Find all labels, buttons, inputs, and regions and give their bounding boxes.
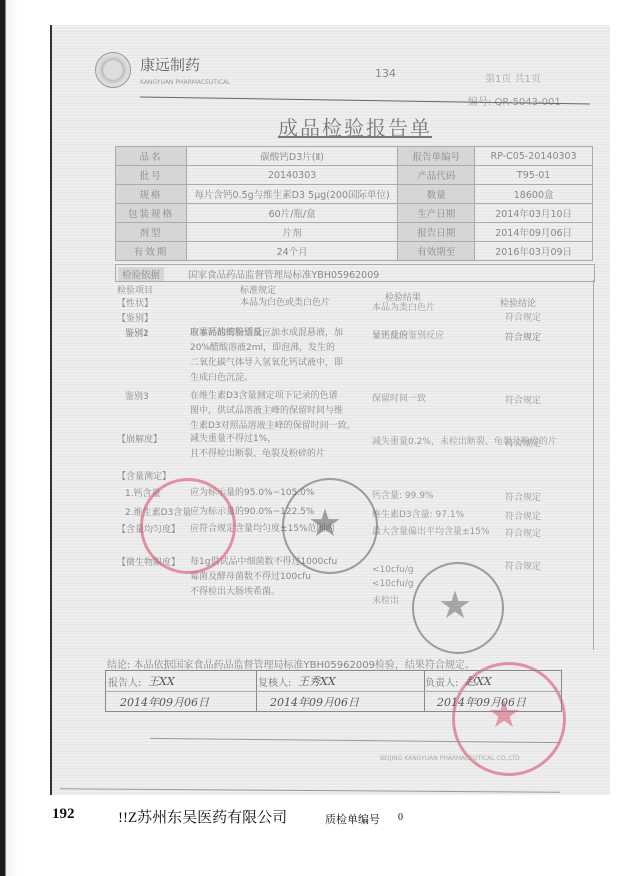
result-item: 【性状】 [117, 296, 153, 309]
info-label: 产品代码 [398, 166, 475, 185]
col-header-conclusion: 检验结论 [500, 296, 536, 309]
standard-line: 20%醋酸溶液2ml，即泡沸，发生的 [190, 341, 335, 356]
result-value: 维生素D3含量: 97.1% [372, 507, 464, 520]
result-conclusion: 符合规定 [505, 436, 541, 449]
standard-line: 本品为白色或类白色片 [240, 296, 330, 311]
standard-line: 二氧化碳气体导入氢氧化钙试液中，即 [190, 356, 343, 371]
result-item: 【鉴别】 [117, 311, 153, 324]
result-item: 【崩解度】 [117, 432, 162, 445]
table-right-border [593, 280, 594, 650]
info-value: 2016年03月09日 [475, 242, 593, 261]
conclusion-text: 结论: 本品依据国家食品药品监督管理局标准YBH05962009检验，结果符合规… [107, 656, 475, 671]
result-line: <10cfu/g [372, 565, 414, 575]
basis-value: 国家食品药品监督管理局标准YBH05962009 [188, 267, 379, 281]
info-label: 数量 [398, 185, 475, 204]
gray-seal-right: ★ [412, 562, 504, 654]
info-row: 剂型片剂报告日期2014年09月06日 [116, 223, 593, 242]
result-conclusion: 符合规定 [505, 526, 541, 539]
info-label: 批号 [116, 166, 187, 185]
info-value: 60片/瓶/盒 [187, 204, 398, 223]
star-icon: ★ [308, 504, 342, 542]
info-label: 品名 [116, 147, 187, 166]
product-info-table: 品名碳酸钙D3片(Ⅱ)报告单编号RP-C05-20140303批号2014030… [115, 146, 593, 261]
standard-line: 不得检出大肠埃希菌。 [190, 585, 280, 600]
info-label: 有效期至 [398, 242, 475, 261]
result-conclusion: 符合规定 [505, 490, 541, 503]
star-icon: ★ [438, 586, 472, 624]
brand-name: 康远制药 [140, 54, 200, 75]
document-number: 编号: QR-5043-001 [468, 93, 561, 108]
page-number: 192 [52, 806, 75, 823]
info-label: 报告单编号 [398, 147, 475, 166]
info-value: 2014年09月06日 [475, 223, 593, 242]
standard-line: 在维生素D3含量测定项下记录的色谱 [190, 389, 338, 404]
handwritten-note: 134 [375, 67, 396, 80]
info-value: 片剂 [187, 223, 398, 242]
page-title: 成品检验报告单 [278, 112, 432, 141]
result-line: 未检出 [372, 593, 399, 606]
page-reference: 第1页 共1页 [485, 70, 541, 85]
signature-name: 王XX [148, 673, 175, 689]
info-value: RP-C05-20140303 [475, 147, 593, 166]
info-value: 每片含钙0.5g与维生素D3 5μg(200国际单位) [187, 185, 398, 204]
company-logo-icon [95, 52, 131, 88]
result-conclusion: 符合规定 [505, 509, 541, 522]
result-item: 【含量测定】 [117, 469, 171, 482]
info-label: 规格 [116, 185, 187, 204]
signature-label: 负责人: [425, 674, 458, 689]
info-label: 包装规格 [116, 204, 187, 223]
result-value: 呈正反应 [372, 328, 408, 341]
standard-line: 且不得检出断裂、龟裂及粉碎的片 [190, 447, 325, 462]
brand-subtitle: KANGYUAN PHARMACEUTICAL [140, 79, 230, 86]
caption-label: 质检单编号 [325, 811, 380, 827]
result-conclusion: 符合规定 [505, 310, 541, 323]
signature-date: 2014年09月06日 [120, 694, 209, 710]
standard-line: 生成白色沉淀。 [190, 371, 253, 386]
result-value: 保留时间一致 [372, 391, 426, 404]
standard-line: 霉菌及酵母菌数不得过100cfu [190, 570, 311, 585]
info-row: 批号20140303产品代码T95-01 [116, 166, 593, 185]
result-line: <10cfu/g [372, 579, 414, 589]
red-seal-left [140, 478, 236, 574]
result-conclusion: 符合规定 [505, 393, 541, 406]
result-value: 钙含量: 99.9% [372, 488, 433, 501]
standard-basis-row: 检验依据 国家食品药品监督管理局标准YBH05962009 [115, 264, 595, 282]
signature-date: 2014年09月06日 [270, 694, 359, 710]
sheet-border [50, 25, 52, 795]
standard-line: 取本品的细粉适量，加水成混悬液，加 [190, 326, 343, 341]
col-header-item: 检验项目 [117, 283, 153, 296]
info-value: 24个月 [187, 242, 398, 261]
result-value: 最大含量偏出平均含量±15% [372, 524, 490, 537]
info-label: 有效期 [116, 242, 187, 261]
col-header-standard: 标准规定 [240, 283, 276, 296]
standard-line: 图中，供试品溶液主峰的保留时间与维 [190, 404, 343, 419]
info-value: 20140303 [187, 166, 398, 185]
signature-name: 王秀XX [298, 673, 336, 689]
company-footer-text: BEIJING KANGYUAN PHARMACEUTICAL CO.,LTD [380, 755, 520, 762]
info-value: 18600盒 [475, 185, 593, 204]
info-row: 包装规格60片/瓶/盒生产日期2014年03月10日 [116, 204, 593, 223]
result-item: 鉴别3 [125, 389, 149, 402]
result-conclusion: 符合规定 [505, 559, 541, 572]
standard-line: 减失重量不得过1%， [190, 432, 276, 447]
info-label: 报告日期 [398, 223, 475, 242]
caption-company: !!Z苏州东吴医药有限公司 [118, 806, 287, 827]
signature-label: 报告人: [108, 674, 141, 689]
info-value: 2014年03月10日 [475, 204, 593, 223]
info-label: 生产日期 [398, 204, 475, 223]
info-value: 碳酸钙D3片(Ⅱ) [187, 147, 398, 166]
result-value: 本品为类白色片 [372, 300, 435, 313]
result-conclusion: 符合规定 [505, 330, 541, 343]
result-item: 鉴别2 [125, 326, 149, 339]
signature-name: 赵XX [465, 673, 492, 689]
gray-seal-center: ★ [282, 478, 378, 574]
info-row: 有效期24个月有效期至2016年03月09日 [116, 242, 593, 261]
basis-label: 检验依据 [118, 267, 164, 281]
caption-value: 0 [398, 812, 403, 823]
info-value: T95-01 [475, 166, 593, 185]
info-row: 规格每片含钙0.5g与维生素D3 5μg(200国际单位)数量18600盒 [116, 185, 593, 204]
signature-date: 2014年09月06日 [437, 694, 526, 710]
scan-edge [0, 0, 18, 876]
info-label: 剂型 [116, 223, 187, 242]
info-row: 品名碳酸钙D3片(Ⅱ)报告单编号RP-C05-20140303 [116, 147, 593, 166]
signature-label: 复核人: [258, 674, 291, 689]
